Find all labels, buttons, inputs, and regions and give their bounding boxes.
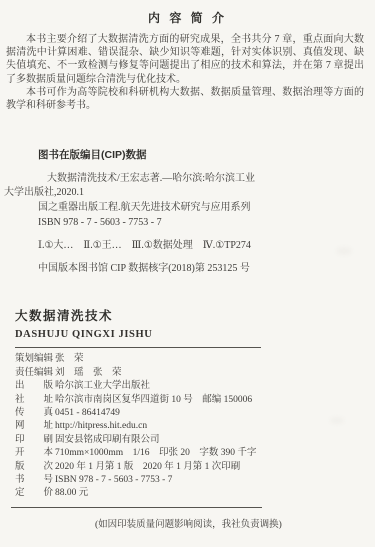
row-label: 定 价 (15, 487, 55, 500)
colophon-row-format: 开 本 710mm×1000mm 1/16 印张 20 字数 390 千字 (15, 447, 375, 460)
row-value: http://hitpress.hit.edu.cn (55, 420, 375, 433)
colophon-row-website: 网 址 http://hitpress.hit.edu.cn (15, 420, 375, 433)
row-label: 传 真 (15, 407, 55, 420)
row-label: 开 本 (15, 447, 55, 460)
content-summary-section: 内 容 简 介 本书主要介绍了大数据清洗方面的研究成果，全书共分 7 章，重点面… (0, 0, 375, 112)
row-label: 策划编辑 (15, 353, 55, 366)
colophon-row-edition: 版 次 2020 年 1 月第 1 版 2020 年 1 月第 1 次印刷 (15, 461, 375, 474)
cip-record-number-line: 中国版本图书馆 CIP 数据核字(2018)第 253125 号 (38, 262, 375, 277)
cip-entry-line-2: 大学出版社,2020.1 (4, 186, 375, 201)
cip-isbn-line: ISBN 978 - 7 - 5603 - 7753 - 7 (38, 216, 375, 231)
row-value: 710mm×1000mm 1/16 印张 20 字数 390 千字 (55, 447, 375, 460)
row-value: 张 荣 (55, 353, 375, 366)
colophon-section: 大数据清洗技术 DASHUJU QINGXI JISHU 策划编辑 张 荣 责任… (15, 306, 375, 529)
colophon-row-address: 社 址 哈尔滨市南岗区复华四道街 10 号 邮编 150006 (15, 394, 375, 407)
colophon-row-responsible-editor: 责任编辑 刘 瑶 张 荣 (15, 367, 375, 380)
row-label: 印 刷 (15, 434, 55, 447)
colophon-row-publisher: 出 版 哈尔滨工业大学出版社 (15, 380, 375, 393)
row-value: 88.00 元 (55, 487, 375, 500)
colophon-row-printer: 印 刷 固安县铭成印刷有限公司 (15, 434, 375, 447)
row-label: 责任编辑 (15, 367, 55, 380)
colophon-rows: 策划编辑 张 荣 责任编辑 刘 瑶 张 荣 出 版 哈尔滨工业大学出版社 社 址… (15, 353, 375, 500)
row-label: 出 版 (15, 380, 55, 393)
book-title-pinyin: DASHUJU QINGXI JISHU (15, 329, 375, 340)
book-title: 大数据清洗技术 (15, 306, 375, 324)
row-label: 书 号 (15, 474, 55, 487)
scan-artifact (336, 247, 352, 255)
row-value: 哈尔滨工业大学出版社 (55, 380, 375, 393)
row-value: 固安县铭成印刷有限公司 (55, 434, 375, 447)
row-label: 网 址 (15, 420, 55, 433)
row-value: ISBN 978 - 7 - 5603 - 7753 - 7 (55, 474, 375, 487)
row-value: 0451 - 86414749 (55, 407, 375, 420)
divider-line-top (15, 347, 261, 348)
row-value: 哈尔滨市南岗区复华四道街 10 号 邮编 150006 (55, 394, 375, 407)
row-value: 刘 瑶 张 荣 (55, 367, 375, 380)
row-label: 社 址 (15, 394, 55, 407)
book-copyright-page: 内 容 简 介 本书主要介绍了大数据清洗方面的研究成果，全书共分 7 章，重点面… (0, 0, 375, 547)
colophon-row-isbn: 书 号 ISBN 978 - 7 - 5603 - 7753 - 7 (15, 474, 375, 487)
quality-exchange-note: (如因印装质量问题影响阅读，我社负责调换) (95, 516, 375, 530)
cip-series-line: 国之重器出版工程.航天先进技术研究与应用系列 (38, 201, 375, 216)
cip-data-section: 图书在版编目(CIP)数据 大数据清洗技术/王宏志著.—哈尔滨:哈尔滨工业 大学… (38, 148, 375, 276)
summary-paragraph-1: 本书主要介绍了大数据清洗方面的研究成果，全书共分 7 章，重点面向大数据清洗中计… (0, 33, 375, 86)
content-summary-title: 内 容 简 介 (0, 9, 375, 26)
divider-line-bottom (11, 507, 262, 508)
cip-heading: 图书在版编目(CIP)数据 (38, 148, 375, 163)
row-label: 版 次 (15, 461, 55, 474)
cip-entry-line-1: 大数据清洗技术/王宏志著.—哈尔滨:哈尔滨工业 (38, 172, 375, 187)
scan-artifact (330, 417, 344, 424)
colophon-row-fax: 传 真 0451 - 86414749 (15, 407, 375, 420)
row-value: 2020 年 1 月第 1 版 2020 年 1 月第 1 次印刷 (55, 461, 375, 474)
colophon-row-price: 定 价 88.00 元 (15, 487, 375, 500)
summary-paragraph-2: 本书可作为高等院校和科研机构大数据、数据质量管理、数据治理等方面的教学和科研参考… (0, 86, 375, 112)
cip-classification-line: Ⅰ.①大… Ⅱ.①王… Ⅲ.①数据处理 Ⅳ.①TP274 (38, 239, 375, 254)
colophon-row-planning-editor: 策划编辑 张 荣 (15, 353, 375, 366)
